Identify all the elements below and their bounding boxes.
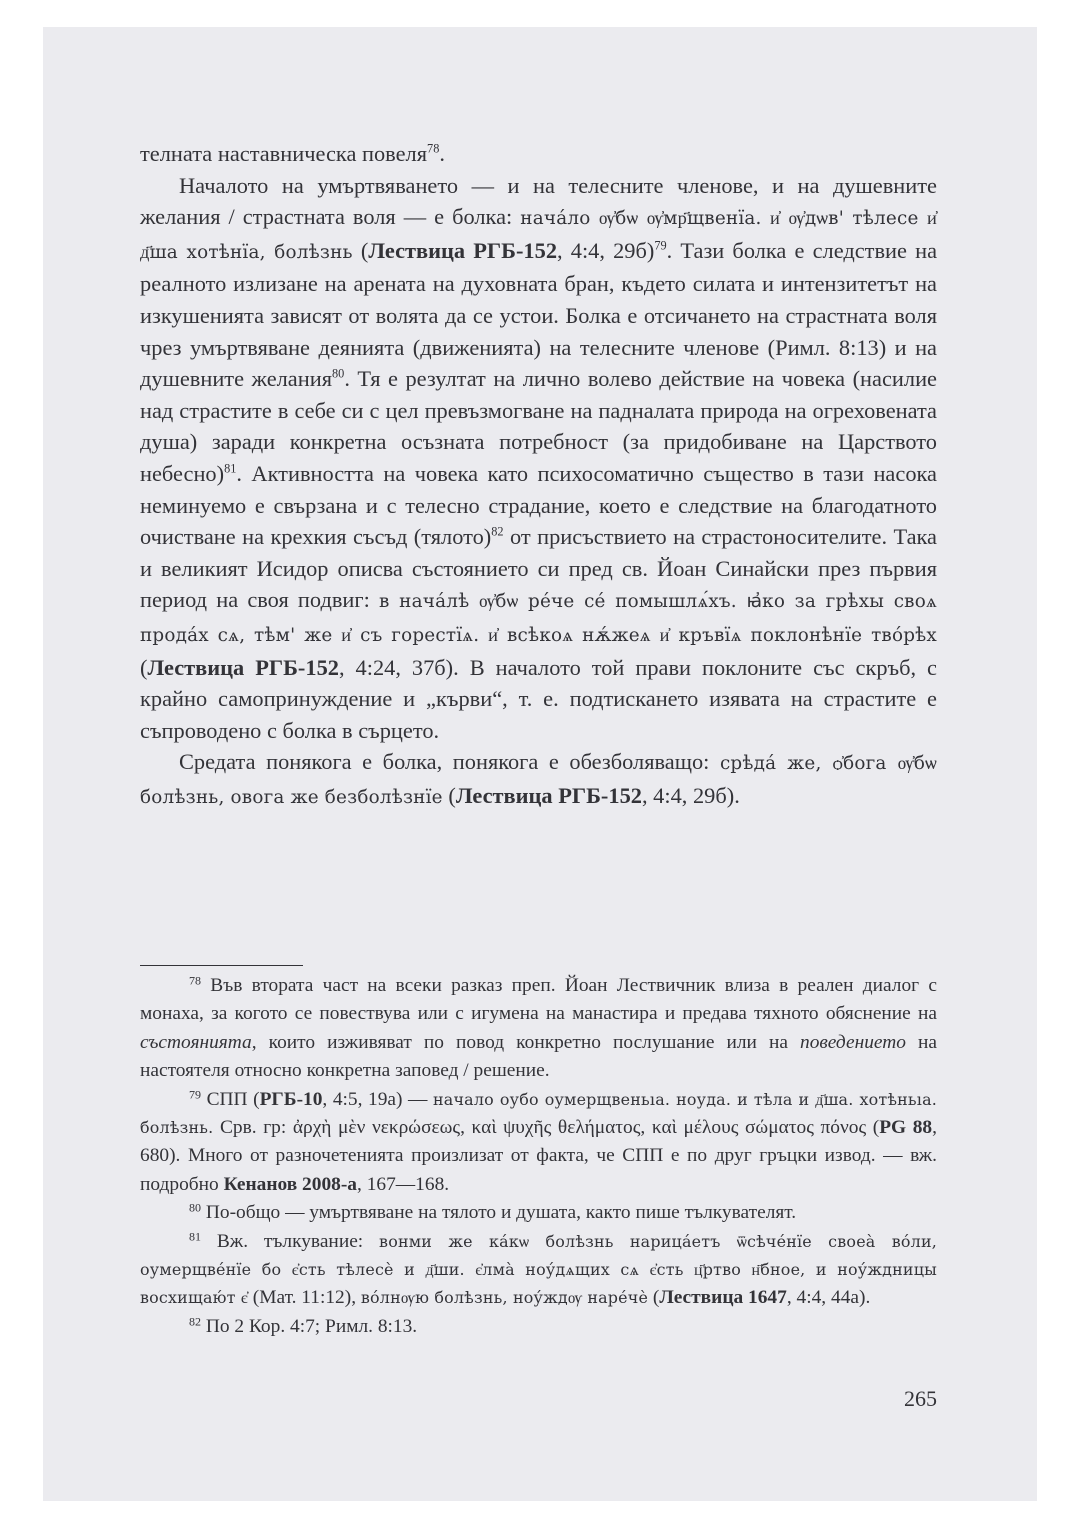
paragraph-continuation: телната наставническа повеля78. bbox=[140, 138, 937, 170]
footnote-82: 82 По 2 Кор. 4:7; Римл. 8:13. bbox=[140, 1313, 937, 1341]
page-number: 265 bbox=[880, 1386, 937, 1412]
text-run: ( bbox=[443, 783, 456, 808]
footnote-80: 80 По-общо — умъртвяване на тялото и душ… bbox=[140, 1199, 937, 1227]
text-run: , 4:4, 44а). bbox=[787, 1287, 870, 1308]
source-reference: Лествица РГБ-152 bbox=[368, 238, 557, 263]
footnote-number: 82 bbox=[189, 1314, 201, 1328]
source-reference: Лествица РГБ-152 bbox=[456, 783, 642, 808]
text-run: (Мат. 11:12), bbox=[248, 1287, 361, 1308]
text-run: Във втората част на всеки разказ преп. Й… bbox=[140, 975, 937, 1024]
footnote-ref-79[interactable]: 79 bbox=[654, 238, 666, 252]
text-run: , 4:4, 29б) bbox=[557, 238, 654, 263]
footnote-number: 78 bbox=[189, 973, 201, 987]
text-run: По 2 Кор. 4:7; Римл. 8:13. bbox=[206, 1316, 417, 1337]
footnote-number: 79 bbox=[189, 1087, 201, 1101]
footnotes: 78 Във втората част на всеки разказ преп… bbox=[140, 972, 937, 1341]
emphasis: състоянията bbox=[140, 1032, 252, 1053]
source-reference: Лествица 1647 bbox=[659, 1287, 786, 1308]
footnote-separator bbox=[140, 965, 303, 966]
footnote-ref-78[interactable]: 78 bbox=[427, 142, 439, 156]
text-run: , 4:5, 19а) — bbox=[322, 1089, 433, 1110]
church-slavonic-quote: во́лнѹю болѣзнь, ноу́ждѹ наре́чѐ bbox=[361, 1288, 648, 1307]
footnote-78: 78 Във втората част на всеки разказ преп… bbox=[140, 972, 937, 1086]
footnote-79: 79 СПП (РГБ-10, 4:5, 19а) — начало оубо … bbox=[140, 1086, 937, 1200]
text-run: , които изживяват по повод конкретно пос… bbox=[252, 1032, 800, 1053]
text-run: Срв. гр: ἀρχὴ μὲν νεκρώσεως, καὶ ψυχῆς θ… bbox=[213, 1117, 879, 1138]
text-run: . bbox=[439, 141, 445, 166]
source-reference: PG 88 bbox=[879, 1117, 932, 1138]
text-run: , 167—168. bbox=[357, 1174, 449, 1195]
footnote-81: 81 Вж. тълкувание: вонми же ка́кѡ болѣзн… bbox=[140, 1228, 937, 1313]
source-reference: Лествица РГБ-152 bbox=[147, 655, 339, 680]
emphasis: поведението bbox=[800, 1032, 906, 1053]
footnote-ref-82[interactable]: 82 bbox=[491, 525, 503, 539]
text-run: , 4:4, 29б). bbox=[642, 783, 740, 808]
footnote-number: 80 bbox=[189, 1201, 201, 1215]
text-run: СПП ( bbox=[207, 1089, 260, 1110]
footnote-number: 81 bbox=[189, 1229, 201, 1243]
text-run: телната наставническа повеля bbox=[140, 141, 427, 166]
text-run: ( bbox=[648, 1287, 659, 1308]
paragraph-mortification: Началото на умъртвяването — и на телесни… bbox=[140, 170, 937, 747]
source-reference: Кенанов 2008-а bbox=[224, 1174, 357, 1195]
main-text: телната наставническа повеля78. Началото… bbox=[140, 138, 937, 813]
footnote-ref-80[interactable]: 80 bbox=[332, 367, 344, 381]
text-run: Средата понякога е болка, понякога е обе… bbox=[179, 749, 720, 774]
paragraph-middle: Средата понякога е болка, понякога е обе… bbox=[140, 746, 937, 813]
text-run: По-общо — умъртвяване на тялото и душата… bbox=[206, 1202, 796, 1223]
text-run: Вж. тълкувание: bbox=[217, 1231, 379, 1252]
source-reference: РГБ-10 bbox=[260, 1089, 323, 1110]
footnote-ref-81[interactable]: 81 bbox=[224, 461, 236, 475]
text-run: ( bbox=[353, 238, 369, 263]
